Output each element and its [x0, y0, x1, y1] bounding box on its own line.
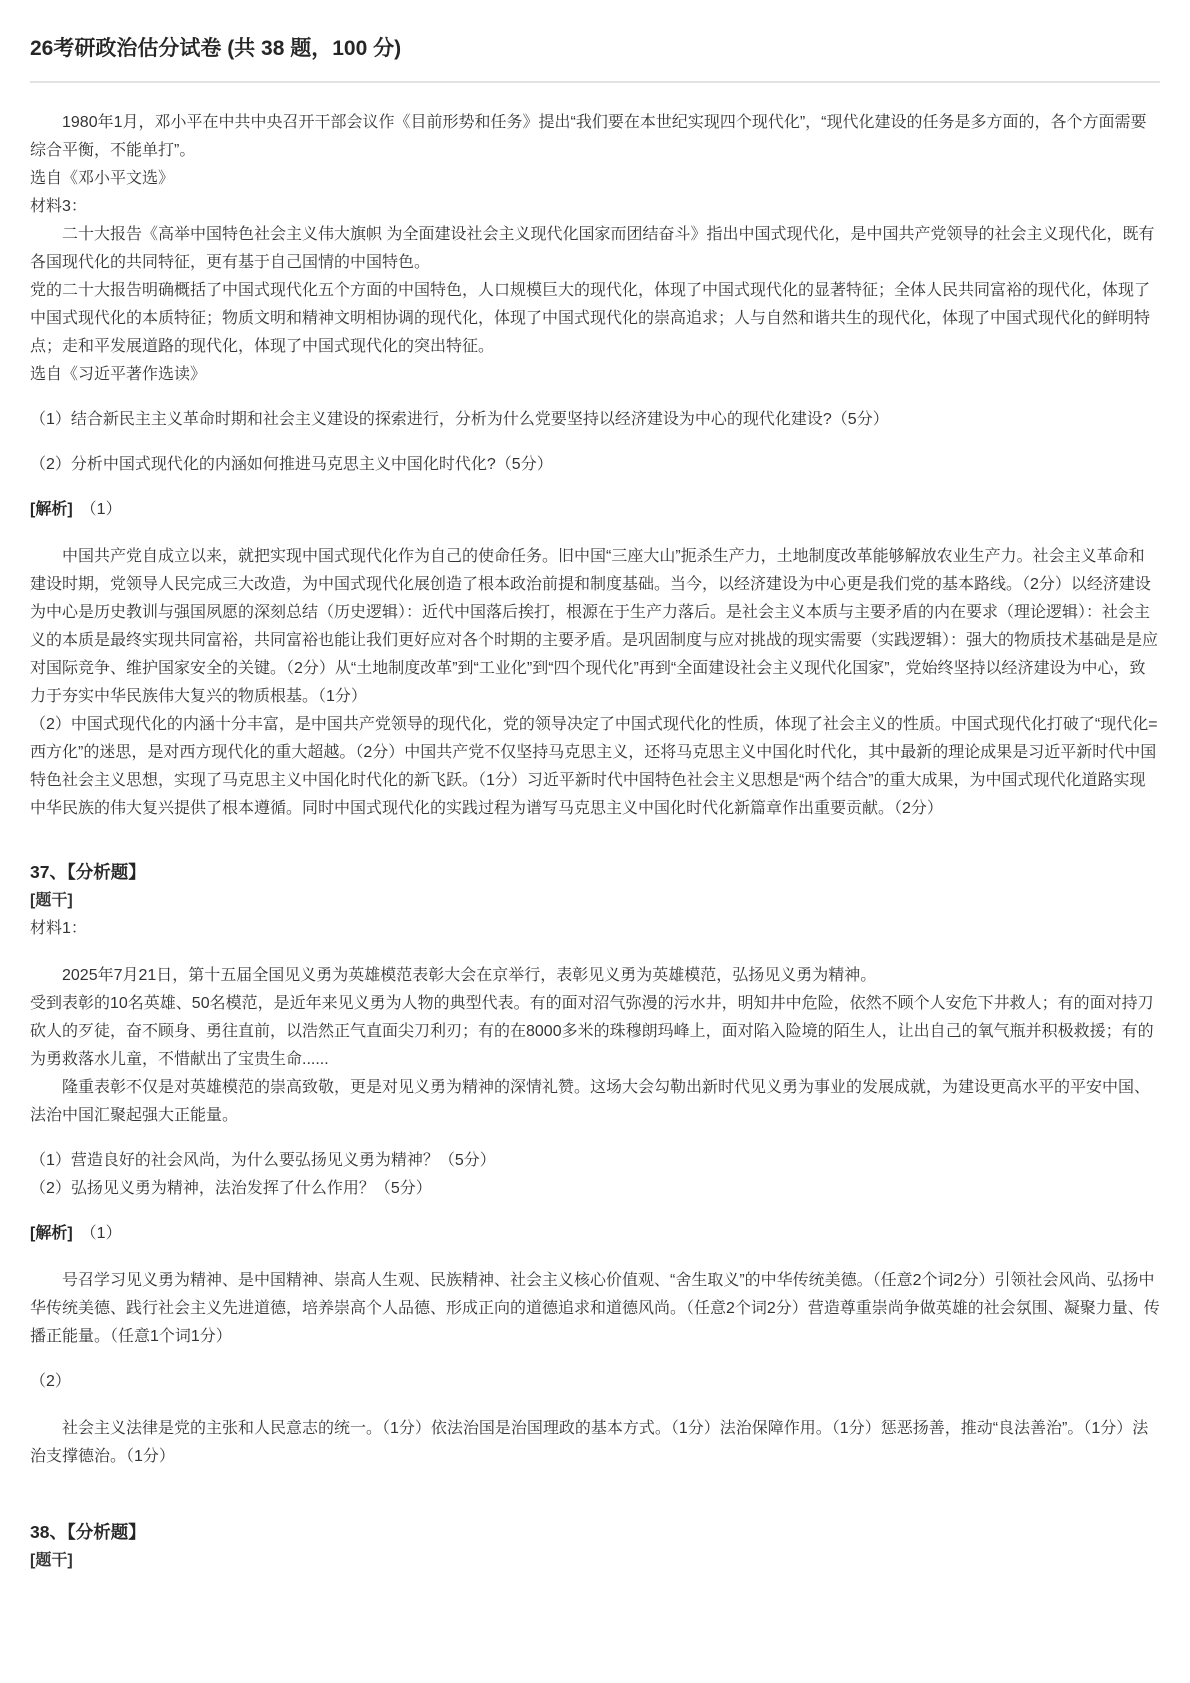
q36-question-1: （1）结合新民主主义革命时期和社会主义建设的探索进行，分析为什么党要坚持以经济建… — [30, 406, 1160, 434]
q37-header: 37、【分析题】 — [30, 857, 1160, 887]
title-divider — [30, 81, 1160, 83]
q36-material3-paragraph-2: 党的二十大报告明确概括了中国式现代化五个方面的中国特色，人口规模巨大的现代化，体… — [30, 277, 1160, 361]
exam-page: 26考研政治估分试卷 (共 38 题，100 分) 1980年1月，邓小平在中共… — [0, 0, 1190, 1621]
q37-answer-2: 社会主义法律是党的主张和人民意志的统一。（1分）依法治国是治国理政的基本方式。（… — [30, 1415, 1160, 1471]
q37-material-paragraph-1: 2025年7月21日，第十五届全国见义勇为英雄模范表彰大会在京举行，表彰见义勇为… — [30, 962, 1160, 990]
q36-question-2: （2）分析中国式现代化的内涵如何推进马克思主义中国化时代化?（5分） — [30, 451, 1160, 479]
q36-material2-source: 选自《邓小平文选》 — [30, 165, 1160, 193]
q36-analysis-label: [解析] （1） — [30, 496, 1160, 524]
q36-analysis-label-prefix: [解析] — [30, 501, 73, 518]
q37-analysis-label-prefix: [解析] — [30, 1225, 73, 1242]
q38-header: 38、【分析题】 — [30, 1517, 1160, 1547]
q36-answer-2: （2）中国式现代化的内涵十分丰富，是中国共产党领导的现代化，党的领导决定了中国式… — [30, 711, 1160, 823]
q37-question-1: （1）营造良好的社会风尚，为什么要弘扬见义勇为精神？（5分） — [30, 1147, 1160, 1175]
q36-answer-1: 中国共产党自成立以来，就把实现中国式现代化作为自己的使命任务。旧中国“三座大山”… — [30, 543, 1160, 711]
q37-answer-2-label: （2） — [30, 1368, 1160, 1396]
q37-answer-1: 号召学习见义勇为精神、是中国精神、崇高人生观、民族精神、社会主义核心价值观、“舍… — [30, 1267, 1160, 1351]
q37-material-paragraph-2: 受到表彰的10名英雄、50名模范，是近年来见义勇为人物的典型代表。有的面对沼气弥… — [30, 990, 1160, 1074]
q36-material3-source: 选自《习近平著作选读》 — [30, 361, 1160, 389]
page-title: 26考研政治估分试卷 (共 38 题，100 分) — [30, 34, 1160, 64]
q37-question-2: （2）弘扬见义勇为精神，法治发挥了什么作用？（5分） — [30, 1175, 1160, 1203]
q37-stem-label: [题干] — [30, 887, 1160, 915]
q37-material-paragraph-3: 隆重表彰不仅是对英雄模范的崇高致敬，更是对见义勇为精神的深情礼赞。这场大会勾勒出… — [30, 1074, 1160, 1130]
q36-material2-paragraph: 1980年1月，邓小平在中共中央召开干部会议作《目前形势和任务》提出“我们要在本… — [30, 109, 1160, 165]
document-body: 1980年1月，邓小平在中共中央召开干部会议作《目前形势和任务》提出“我们要在本… — [30, 109, 1160, 1575]
q37-analysis-label: [解析] （1） — [30, 1220, 1160, 1248]
q38-stem-label: [题干] — [30, 1547, 1160, 1575]
q37-material1-label: 材料1： — [30, 915, 1160, 943]
q36-material3-paragraph-1: 二十大报告《高举中国特色社会主义伟大旗帜 为全面建设社会主义现代化国家而团结奋斗… — [30, 221, 1160, 277]
q36-material3-label: 材料3： — [30, 193, 1160, 221]
